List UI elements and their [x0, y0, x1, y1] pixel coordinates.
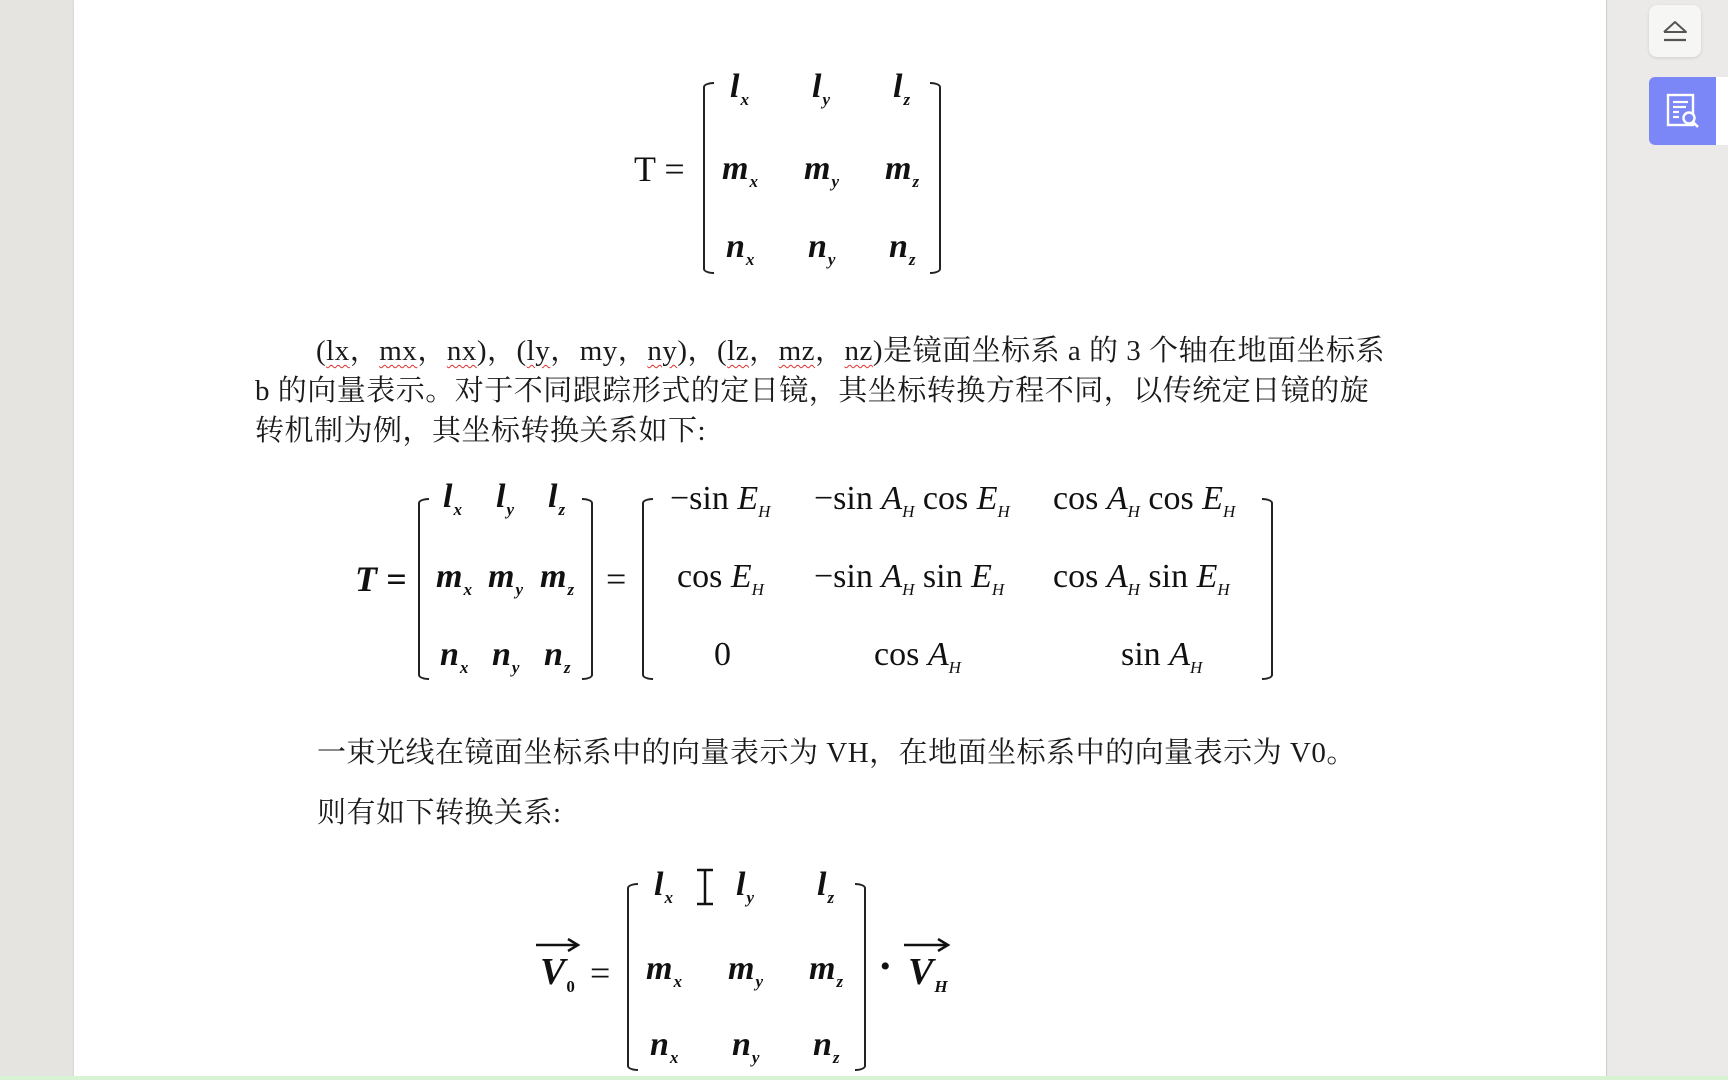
vector-v0: V0 — [540, 950, 575, 997]
left-paren — [703, 82, 714, 274]
matrix-cell: cos EH — [677, 558, 764, 600]
left-gutter — [0, 0, 74, 1080]
eq2-lhs: T = — [355, 558, 407, 600]
matrix-cell: nx — [726, 228, 754, 270]
matrix-cell: nx — [650, 1026, 678, 1068]
matrix-cell: −sin AH cos EH — [814, 480, 1010, 522]
left-paren — [418, 498, 429, 680]
document-page — [74, 0, 1606, 1076]
left-paren — [627, 883, 638, 1071]
document-search-icon — [1664, 92, 1702, 130]
matrix-cell: nz — [544, 636, 571, 678]
matrix-cell: mx — [436, 558, 472, 600]
left-paren — [642, 498, 653, 680]
right-paren — [1262, 498, 1273, 680]
paragraph-line: (lx，mx，nx)，(ly，my，ny)，(lz，mz，nz)是镜面坐标系 a… — [316, 328, 1385, 369]
matrix-cell: lz — [548, 478, 565, 520]
matrix-cell: 0 — [714, 636, 731, 674]
matrix-cell: cos AH — [874, 636, 961, 678]
text-cursor-icon — [693, 868, 717, 906]
dot-operator: • — [880, 950, 891, 984]
right-paren — [855, 883, 866, 1071]
matrix-cell: mz — [540, 558, 574, 600]
matrix-cell: mz — [885, 150, 919, 192]
matrix-cell: ny — [808, 228, 835, 270]
matrix-cell: nz — [813, 1026, 840, 1068]
matrix-cell: lx — [730, 68, 749, 110]
paragraph-line: 则有如下转换关系: — [317, 790, 562, 831]
document-search-button[interactable] — [1649, 77, 1717, 145]
vector-arrow-icon — [902, 938, 952, 952]
matrix-cell: nz — [889, 228, 916, 270]
matrix-cell: nx — [440, 636, 468, 678]
matrix-cell: lx — [443, 478, 462, 520]
right-sidebar — [1606, 0, 1728, 1080]
right-paren — [582, 498, 593, 680]
matrix-cell: lz — [817, 866, 834, 908]
matrix-cell: ny — [732, 1026, 759, 1068]
matrix-cell: mx — [722, 150, 758, 192]
matrix-cell: −sin EH — [670, 480, 770, 522]
matrix-cell: my — [728, 950, 763, 992]
vector-vh: VH — [908, 950, 948, 997]
matrix-cell: cos AH sin EH — [1053, 558, 1230, 600]
eject-icon — [1661, 18, 1689, 44]
matrix-cell: ly — [496, 478, 514, 520]
right-paren — [930, 82, 941, 274]
matrix-cell: my — [804, 150, 839, 192]
eq1-lhs: T = — [634, 148, 685, 190]
matrix-cell: ly — [812, 68, 830, 110]
panel-edge — [1716, 77, 1728, 145]
matrix-cell: my — [488, 558, 523, 600]
paragraph-line: 转机制为例，其坐标转换关系如下: — [255, 408, 706, 449]
matrix-cell: −sin AH sin EH — [814, 558, 1004, 600]
matrix-cell: ny — [492, 636, 519, 678]
matrix-cell: ly — [736, 866, 754, 908]
equals-sign: = — [606, 558, 626, 600]
equals-sign: = — [590, 952, 610, 994]
status-bar-edge — [0, 1076, 1728, 1080]
matrix-cell: sin AH — [1121, 636, 1202, 678]
matrix-cell: lx — [654, 866, 673, 908]
paragraph-line: b 的向量表示。对于不同跟踪形式的定日镜，其坐标转换方程不同，以传统定日镜的旋 — [255, 368, 1369, 409]
vector-arrow-icon — [534, 938, 582, 952]
matrix-cell: cos AH cos EH — [1053, 480, 1235, 522]
matrix-cell: lz — [893, 68, 910, 110]
collapse-toolbar-button[interactable] — [1649, 5, 1701, 57]
matrix-cell: mz — [809, 950, 843, 992]
matrix-cell: mx — [646, 950, 682, 992]
paragraph-line: 一束光线在镜面坐标系中的向量表示为 VH，在地面坐标系中的向量表示为 V0。 — [317, 730, 1356, 771]
